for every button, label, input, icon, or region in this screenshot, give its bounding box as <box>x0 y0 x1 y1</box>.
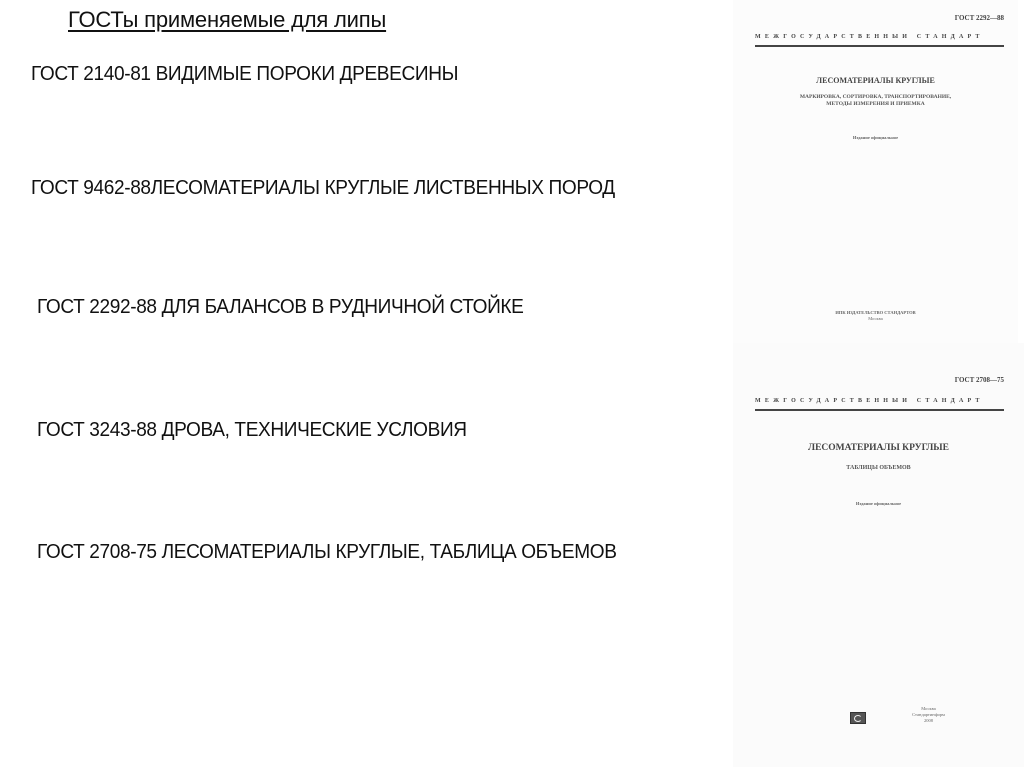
doc-title: ЛЕСОМАТЕРИАЛЫ КРУГЛЫЕ <box>733 76 1018 85</box>
gost-item: ГОСТ 2140-81 ВИДИМЫЕ ПОРОКИ ДРЕВЕСИНЫ <box>31 62 458 86</box>
doc-subtitle-1: МАРКИРОВКА, СОРТИРОВКА, ТРАНСПОРТИРОВАНИ… <box>733 94 1018 101</box>
document-cover-gost-2292: ГОСТ 2292—88 МЕЖГОСУДАРСТВЕННЫЙ СТАНДАРТ… <box>733 0 1018 345</box>
document-cover-gost-2708: ГОСТ 2708—75 МЕЖГОСУДАРСТВЕННЫЙ СТАНДАРТ… <box>733 343 1024 767</box>
doc-rule <box>755 45 1004 47</box>
doc-edition: Издание официальное <box>733 135 1018 141</box>
doc-publisher-2: Москва <box>733 316 1018 322</box>
gost-item: ГОСТ 3243-88 ДРОВА, ТЕХНИЧЕСКИЕ УСЛОВИЯ <box>37 418 467 442</box>
doc-rule <box>755 409 1004 411</box>
gost-item: ГОСТ 9462-88ЛЕСОМАТЕРИАЛЫ КРУГЛЫЕ ЛИСТВЕ… <box>31 176 615 200</box>
doc-number: ГОСТ 2708—75 <box>955 376 1004 384</box>
doc-header: МЕЖГОСУДАРСТВЕННЫЙ СТАНДАРТ <box>755 34 1004 40</box>
gost-item: ГОСТ 2708-75 ЛЕСОМАТЕРИАЛЫ КРУГЛЫЕ, ТАБЛ… <box>37 540 617 564</box>
doc-number: ГОСТ 2292—88 <box>955 14 1004 22</box>
doc-title: ЛЕСОМАТЕРИАЛЫ КРУГЛЫЕ <box>733 443 1024 453</box>
doc-subtitle-2: МЕТОДЫ ИЗМЕРЕНИЯ И ПРИЕМКА <box>733 101 1018 108</box>
doc-subtitle-1: ТАБЛИЦЫ ОБЪЕМОВ <box>733 465 1024 472</box>
doc-edition: Издание официальное <box>733 501 1024 507</box>
gost-item: ГОСТ 2292-88 ДЛЯ БАЛАНСОВ В РУДНИЧНОЙ СТ… <box>37 295 523 319</box>
doc-publisher-3: 2008 <box>833 718 1024 724</box>
slide-title: ГОСТы применяемые для липы <box>68 7 386 33</box>
doc-header: МЕЖГОСУДАРСТВЕННЫЙ СТАНДАРТ <box>755 398 1004 404</box>
